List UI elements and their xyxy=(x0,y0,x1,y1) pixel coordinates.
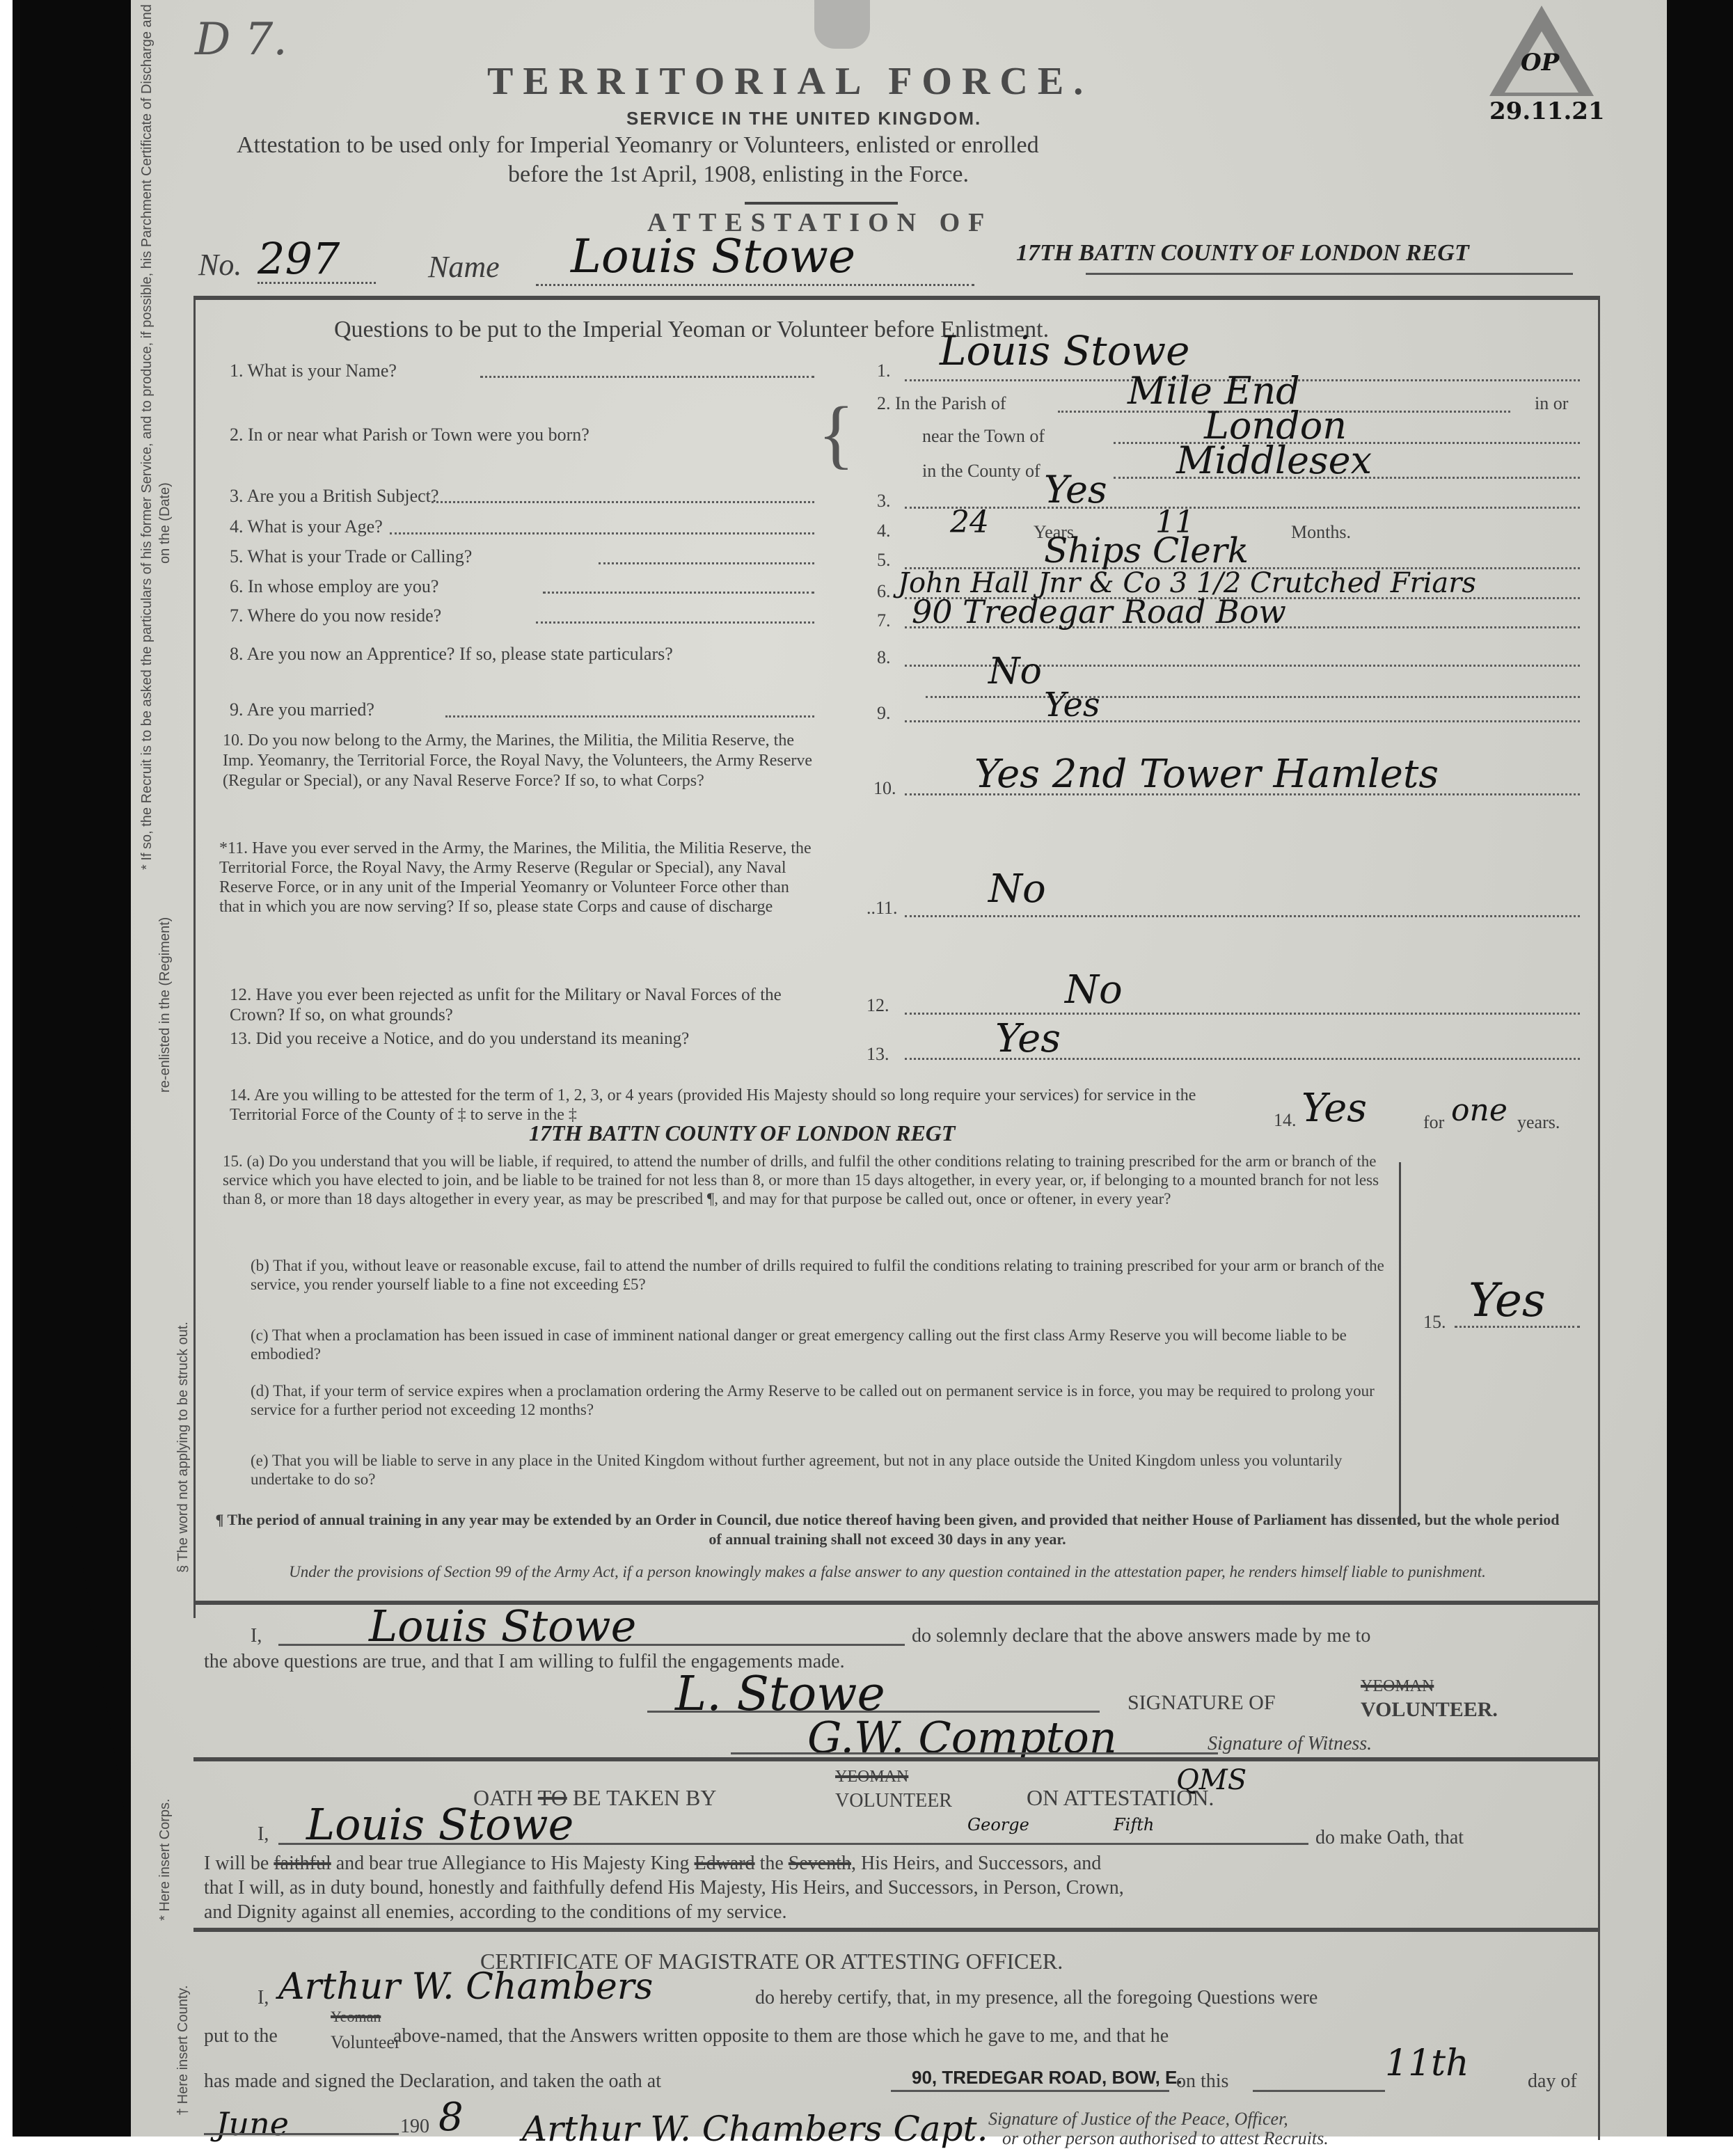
oath-name-line xyxy=(278,1843,1308,1845)
answer-11-value: No xyxy=(988,866,1046,912)
answer-3-value: Yes xyxy=(1044,468,1107,512)
oath-line-4: and Dignity against all enemies, accordi… xyxy=(204,1901,786,1924)
stamp-date: 29.11.21 xyxy=(1489,97,1605,125)
answer-10-num: 10. xyxy=(873,778,896,799)
question-11: *11. Have you ever served in the Army, t… xyxy=(219,839,814,917)
answer-4-num: 4. xyxy=(877,521,891,541)
oath-line-3: that I will, as in duty bound, honestly … xyxy=(204,1877,1124,1899)
question-1-leader xyxy=(480,376,814,378)
certificate-month-line xyxy=(204,2133,399,2135)
certificate-year-suffix: 8 xyxy=(438,2095,464,2140)
document-subtitle: SERVICE IN THE UNITED KINGDOM. xyxy=(626,108,981,129)
answer-15-value: Yes xyxy=(1469,1274,1546,1327)
answer-14-num: 14. xyxy=(1274,1110,1297,1131)
answer-8-value: No xyxy=(988,651,1042,692)
answer-2-town-label: near the Town of xyxy=(922,426,1045,447)
answer-2-in-or: in or xyxy=(1535,393,1568,414)
answer-12-num: 12. xyxy=(866,995,889,1016)
certificate-text-1: do hereby certify, that, in my presence,… xyxy=(755,1987,1317,2009)
question-7-leader xyxy=(536,621,814,624)
no-label: No. xyxy=(198,247,242,283)
oath-i-label: I, xyxy=(258,1823,269,1846)
certificate-text-2: above-named, that the Answers written op… xyxy=(393,2025,1169,2047)
answer-14-years-label: years. xyxy=(1517,1112,1560,1133)
declaration-text-1: do solemnly declare that the above answe… xyxy=(912,1625,1370,1647)
question-4-leader xyxy=(390,532,814,534)
question-6-leader xyxy=(543,592,814,594)
answer-7-value: 90 Tredegar Road Bow xyxy=(912,593,1286,631)
false-answer-warning: Under the provisions of Section 99 of th… xyxy=(209,1562,1566,1582)
certificate-sig-label-1: Signature of Justice of the Peace, Offic… xyxy=(988,2109,1288,2130)
no-underline xyxy=(258,282,376,284)
question-5: 5. What is your Trade or Calling? xyxy=(230,546,472,567)
certificate-day-line xyxy=(1253,2090,1385,2092)
question-15d: (d) That, if your term of service expire… xyxy=(251,1381,1385,1419)
document-title: TERRITORIAL FORCE. xyxy=(487,59,1093,104)
answer-3-line xyxy=(905,507,1580,509)
header-rule xyxy=(745,202,898,205)
certificate-day: 11th xyxy=(1385,2043,1469,2084)
question-4: 4. What is your Age? xyxy=(230,516,383,537)
name-label: Name xyxy=(428,249,500,285)
margin-note-county: † Here insert County. xyxy=(175,1985,191,2116)
questions-box-right xyxy=(1598,296,1600,2140)
answer-11-line xyxy=(905,915,1580,917)
answer-14-value: Yes xyxy=(1301,1086,1367,1131)
question-15b: (b) That if you, without leave or reason… xyxy=(251,1256,1385,1294)
answer-14-years: one xyxy=(1451,1093,1508,1128)
question-1: 1. What is your Name? xyxy=(230,360,397,381)
question-9: 9. Are you married? xyxy=(230,699,374,720)
answer-1-value: Louis Stowe xyxy=(940,327,1189,374)
answer-7-num: 7. xyxy=(877,610,891,631)
king-written: George xyxy=(967,1815,1029,1834)
answer-14-for-label: for xyxy=(1423,1112,1444,1133)
corps-underline xyxy=(1086,273,1573,275)
intro-line-1: Attestation to be used only for Imperial… xyxy=(237,132,1039,159)
certificate-month: June xyxy=(216,2105,289,2143)
oath-heading-post: ON ATTESTATION. xyxy=(1027,1785,1214,1811)
question-15-divider xyxy=(1399,1162,1401,1524)
certificate-sig-label-2: or other person authorised to attest Rec… xyxy=(1002,2128,1329,2149)
oath-make-oath: do make Oath, that xyxy=(1315,1827,1464,1849)
question-2: 2. In or near what Parish or Town were y… xyxy=(230,425,589,445)
oath-place: 90, TREDEGAR ROAD, BOW, E. xyxy=(912,2067,1182,2088)
answer-9-value: Yes xyxy=(1044,685,1100,724)
question-8: 8. Are you now an Apprentice? If so, ple… xyxy=(230,644,814,665)
certificate-yeoman-struck: Yeoman xyxy=(331,2008,381,2026)
question-3-leader xyxy=(432,501,814,503)
question-14-unit: 17TH BATTN COUNTY OF LONDON REGT xyxy=(529,1120,955,1146)
question-14: 14. Are you willing to be attested for t… xyxy=(230,1086,1260,1125)
attestation-number: 297 xyxy=(258,233,340,284)
scan-border-right xyxy=(1667,0,1733,2137)
name-value: Louis Stowe xyxy=(571,230,855,283)
answer-12-value: No xyxy=(1065,967,1123,1013)
answer-13-num: 13. xyxy=(866,1044,889,1065)
yeoman-struck: YEOMAN xyxy=(1361,1677,1434,1696)
pencil-annotation: D 7. xyxy=(195,14,287,65)
oath-line-2: I will be faithful and bear true Allegia… xyxy=(204,1853,1101,1875)
officer-signature: Arthur W. Chambers Capt. xyxy=(522,2109,988,2149)
answer-10-value: Yes 2nd Tower Hamlets xyxy=(974,752,1439,797)
question-15a: 15. (a) Do you understand that you will … xyxy=(223,1152,1385,1208)
corps-value: 17TH BATTN COUNTY OF LONDON REGT xyxy=(1016,240,1469,267)
answer-15-num: 15. xyxy=(1423,1312,1446,1333)
question-15e: (e) That you will be liable to serve in … xyxy=(251,1451,1385,1489)
answer-2-parish-label: 2. In the Parish of xyxy=(877,393,1006,414)
answer-5-value: Ships Clerk xyxy=(1044,530,1249,571)
certificate-i-label: I, xyxy=(258,1987,269,2009)
oath-yeoman-struck: YEOMAN xyxy=(835,1768,908,1786)
question-5-leader xyxy=(599,562,814,564)
ordinal-written: Fifth xyxy=(1114,1815,1154,1834)
certificate-year-prefix: 190 xyxy=(400,2116,429,2138)
certificate-text-3: has made and signed the Declaration, and… xyxy=(204,2070,661,2093)
certificate-day-of: day of xyxy=(1528,2070,1577,2093)
question-2-brace: { xyxy=(818,390,855,478)
margin-note-corps: * Here insert Corps. xyxy=(157,1798,173,1921)
oath-volunteer: VOLUNTEER xyxy=(835,1790,952,1812)
margin-note-date: on the (Date) xyxy=(157,482,173,564)
answer-4-months-label: Months. xyxy=(1291,522,1351,543)
answer-13-value: Yes xyxy=(995,1016,1061,1061)
question-9-leader xyxy=(445,715,814,718)
questions-box-left xyxy=(193,296,196,1618)
answer-2-county-label: in the County of xyxy=(922,461,1040,482)
training-footnote: ¶ The period of annual training in any y… xyxy=(209,1510,1566,1549)
answer-8-line-2 xyxy=(926,696,1580,698)
volunteer-label: VOLUNTEER. xyxy=(1361,1698,1498,1722)
certificate-volunteer: Volunteer xyxy=(331,2032,401,2053)
answer-5-num: 5. xyxy=(877,550,891,571)
declaration-name-line xyxy=(278,1644,905,1646)
royal-crest-icon xyxy=(814,0,870,49)
answer-11-num: ..11. xyxy=(866,898,898,919)
declaration-i-label: I, xyxy=(251,1625,262,1647)
answer-12-line xyxy=(905,1013,1580,1015)
officer-name: Arthur W. Chambers xyxy=(278,1966,653,2008)
question-15c: (c) That when a proclamation has been is… xyxy=(251,1326,1385,1363)
answer-3-num: 3. xyxy=(877,491,891,512)
intro-line-2: before the 1st April, 1908, enlisting in… xyxy=(508,161,969,188)
question-6: 6. In whose employ are you? xyxy=(230,576,438,597)
answer-2-county: Middlesex xyxy=(1176,438,1372,482)
signature-of-label: SIGNATURE OF xyxy=(1127,1691,1276,1715)
question-3: 3. Are you a British Subject? xyxy=(230,486,438,507)
question-10: 10. Do you now belong to the Army, the M… xyxy=(223,731,814,791)
name-underline xyxy=(536,284,974,286)
question-7: 7. Where do you now reside? xyxy=(230,605,441,626)
certificate-on-this: on this xyxy=(1176,2070,1228,2093)
certificate-top-rule xyxy=(193,1928,1599,1932)
witness-signature: G.W. Compton xyxy=(807,1712,1117,1763)
witness-label: Signature of Witness. xyxy=(1208,1733,1372,1755)
witness-signature-line xyxy=(731,1752,1218,1754)
margin-note-regiment: re-enlisted in the (Regiment) xyxy=(157,917,173,1093)
oath-place-line xyxy=(891,2090,1169,2092)
answer-9-num: 9. xyxy=(877,703,891,724)
questions-box-top xyxy=(193,296,1599,300)
question-12: 12. Have you ever been rejected as unfit… xyxy=(230,985,814,1025)
margin-note-struck-out: § The word not applying to be struck out… xyxy=(175,1322,191,1573)
answer-8-num: 8. xyxy=(877,647,891,668)
answer-6-num: 6. xyxy=(877,581,891,602)
oath-top-rule xyxy=(193,1757,1599,1761)
margin-note-former-service: * If so, the Recruit is to be asked the … xyxy=(139,0,155,870)
answer-1-num: 1. xyxy=(877,360,891,381)
certificate-put-to: put to the xyxy=(204,2025,278,2047)
question-13: 13. Did you receive a Notice, and do you… xyxy=(230,1029,814,1049)
answer-9-line xyxy=(905,720,1580,722)
answer-4-years: 24 xyxy=(950,505,989,540)
stamp-initials: OP xyxy=(1521,49,1559,77)
